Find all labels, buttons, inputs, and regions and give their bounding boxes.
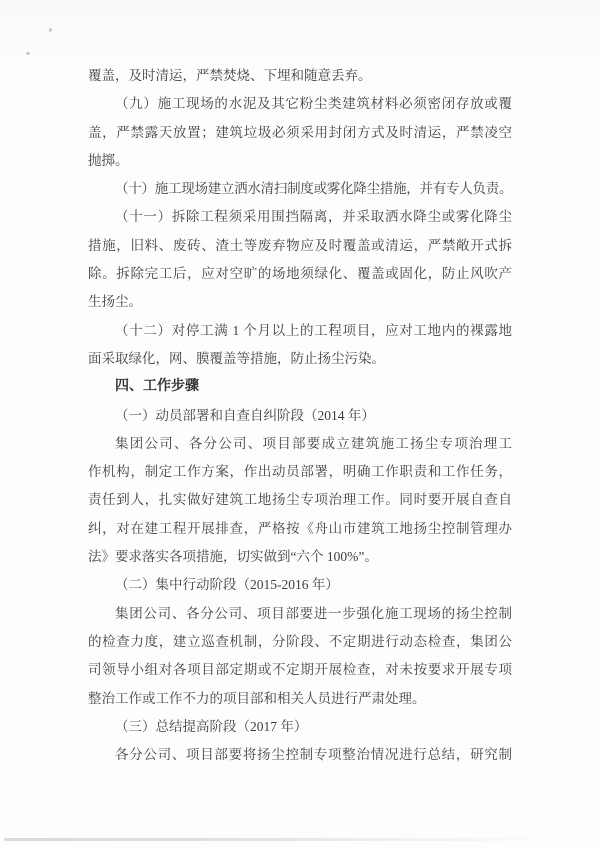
text-line: 各分公司、项目部要将扬尘控制专项整治情况进行总结，研究制 — [88, 741, 512, 769]
text-line: 面采取绿化，网、膜覆盖等措施，防止扬尘污染。 — [88, 345, 512, 373]
scan-speckle — [48, 28, 52, 33]
text-line: （九）施工现场的水泥及其它粉尘类建筑材料必须密闭存放或覆 — [88, 90, 512, 118]
scan-edge-shadow — [4, 838, 564, 841]
text-line: （十一）拆除工程须采用围挡隔离，并采取洒水降尘或雾化降尘 — [88, 203, 512, 231]
text-line: 盖，严禁露天放置；建筑垃圾必须采用封闭方式及时清运，严禁凌空 — [88, 119, 512, 147]
text-line: （三）总结提高阶段（2017 年） — [88, 713, 512, 741]
text-line: 作机构，制定工作方案，作出动员部署，明确工作职责和工作任务， — [88, 458, 512, 486]
text-line: 的检查力度，建立巡查机制，分阶段、不定期进行动态检查，集团公 — [88, 628, 512, 656]
text-line: 集团公司、各分公司、项目部要进一步强化施工现场的扬尘控制 — [88, 600, 512, 628]
text-line: 法》要求落实各项措施，切实做到“六个 100%”。 — [88, 543, 512, 571]
scan-top-tint — [0, 0, 600, 60]
text-line: （十二）对停工满 1 个月以上的工程项目，应对工地内的裸露地 — [88, 317, 512, 345]
text-line: 措施，旧料、废砖、渣土等废弃物应及时覆盖或清运，严禁敞开式拆 — [88, 232, 512, 260]
text-line: 除。拆除完工后，应对空旷的场地须绿化、覆盖或固化，防止风吹产 — [88, 260, 512, 288]
text-line: 集团公司、各分公司、项目部要成立建筑施工扬尘专项治理工 — [88, 430, 512, 458]
text-line: （一）动员部署和自查自纠阶段（2014 年） — [88, 402, 512, 430]
text-line: 四、工作步骤 — [88, 373, 512, 401]
text-line: 纠，对在建工程开展排查，严格按《舟山市建筑工地扬尘控制管理办 — [88, 515, 512, 543]
text-line: 抛掷。 — [88, 147, 512, 175]
document-text: 覆盖，及时清运，严禁焚烧、下埋和随意丢弃。（九）施工现场的水泥及其它粉尘类建筑材… — [88, 62, 512, 769]
text-line: 责任到人，扎实做好建筑工地扬尘专项治理工作。同时要开展自查自 — [88, 486, 512, 514]
scanned-document-page: 覆盖，及时清运，严禁焚烧、下埋和随意丢弃。（九）施工现场的水泥及其它粉尘类建筑材… — [0, 0, 600, 849]
text-line: 司领导小组对各项目部定期或不定期开展检查，对未按要求开展专项 — [88, 656, 512, 684]
text-line: （二）集中行动阶段（2015-2016 年） — [88, 571, 512, 599]
text-line: （十）施工现场建立洒水清扫制度或雾化降尘措施，并有专人负责。 — [88, 175, 512, 203]
text-line: 覆盖，及时清运，严禁焚烧、下埋和随意丢弃。 — [88, 62, 512, 90]
text-line: 生扬尘。 — [88, 288, 512, 316]
text-line: 整治工作或工作不力的项目部和相关人员进行严肃处理。 — [88, 685, 512, 713]
scan-speckle — [26, 52, 31, 56]
